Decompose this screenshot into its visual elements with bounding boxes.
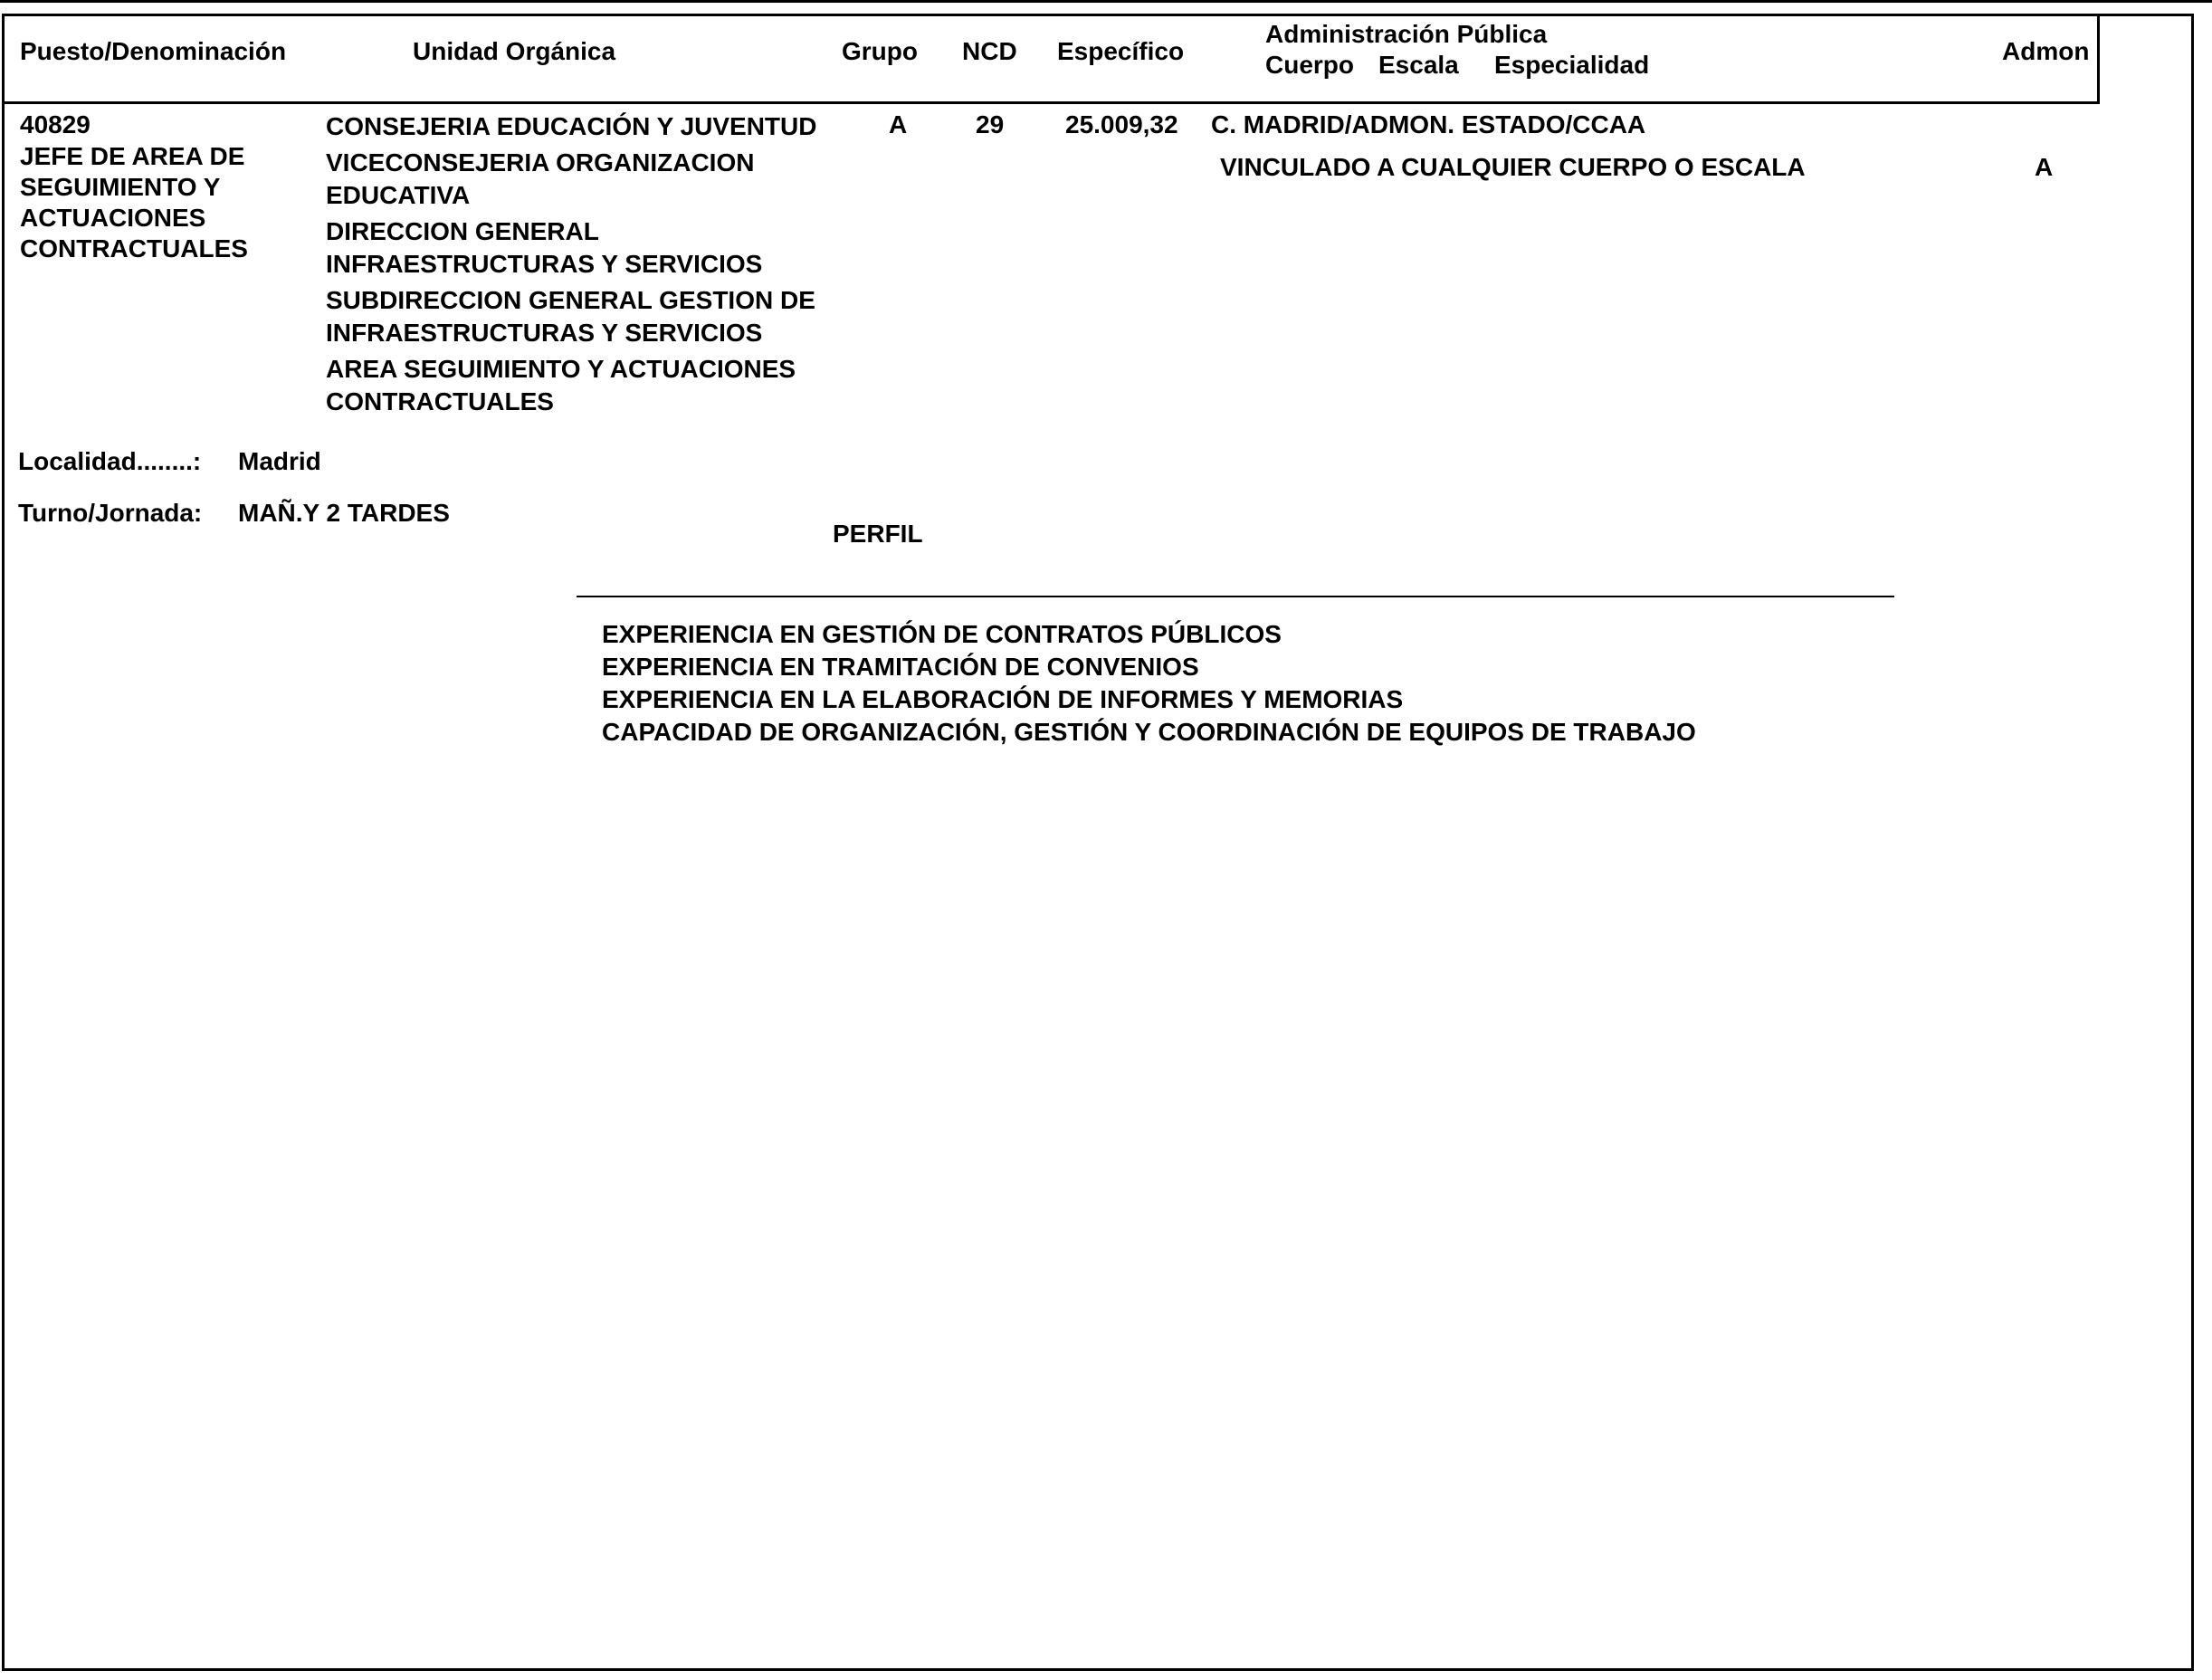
column-header-administracion-publica: Administración Pública [1265,21,1547,48]
column-header-puesto-denominacion: Puesto/Denominación [20,38,286,65]
page-top-edge-line [0,0,2212,3]
column-header-admon: Admon [2002,38,2089,65]
organic-unit: VICECONSEJERIA ORGANIZACION EDUCATIVA [326,147,842,212]
turno-jornada-value: MAÑ.Y 2 TARDES [238,500,450,527]
column-header-cuerpo: Cuerpo [1265,52,1354,79]
column-header-especifico: Específico [1057,38,1184,65]
localidad-value: Madrid [238,448,321,475]
column-header-grupo: Grupo [842,38,918,65]
perfil-divider-rule [577,596,1894,597]
organic-unit: SUBDIRECCION GENERAL GESTION DE INFRAEST… [326,284,842,349]
position-vinculacion-value: VINCULADO A CUALQUIER CUERPO O ESCALA [1220,154,1806,181]
perfil-item: EXPERIENCIA EN TRAMITACIÓN DE CONVENIOS [602,651,1696,683]
position-especifico-value: 25.009,32 [1065,111,1178,138]
table-header-box [2,14,2100,104]
organic-unit: AREA SEGUIMIENTO Y ACTUACIONES CONTRACTU… [326,353,842,418]
localidad-label: Localidad........: [18,448,201,475]
position-code: 40829 [20,111,91,138]
position-denomination: JEFE DE AREA DE SEGUIMIENTO Y ACTUACIONE… [20,141,273,264]
column-header-especialidad: Especialidad [1494,52,1649,79]
organic-unit: CONSEJERIA EDUCACIÓN Y JUVENTUD [326,110,842,143]
column-header-escala: Escala [1378,52,1459,79]
rpt-document-page: { "doc": { "columns": { "puesto": "Puest… [0,0,2212,1680]
perfil-requirements-list: EXPERIENCIA EN GESTIÓN DE CONTRATOS PÚBL… [602,618,1696,749]
perfil-item: EXPERIENCIA EN GESTIÓN DE CONTRATOS PÚBL… [602,618,1696,651]
perfil-item: EXPERIENCIA EN LA ELABORACIÓN DE INFORME… [602,683,1696,716]
position-admon-value: A [2035,154,2053,181]
position-grupo-value: A [889,111,907,138]
column-header-unidad-organica: Unidad Orgánica [413,38,615,65]
position-ncd-value: 29 [976,111,1004,138]
organic-unit-column: CONSEJERIA EDUCACIÓN Y JUVENTUD VICECONS… [326,110,842,422]
perfil-section-title: PERFIL [833,520,923,548]
column-header-ncd: NCD [962,38,1017,65]
organic-unit: DIRECCION GENERAL INFRAESTRUCTURAS Y SER… [326,215,842,281]
position-administracion-value: C. MADRID/ADMON. ESTADO/CCAA [1211,111,1645,138]
perfil-item: CAPACIDAD DE ORGANIZACIÓN, GESTIÓN Y COO… [602,716,1696,749]
turno-jornada-label: Turno/Jornada: [18,500,202,527]
